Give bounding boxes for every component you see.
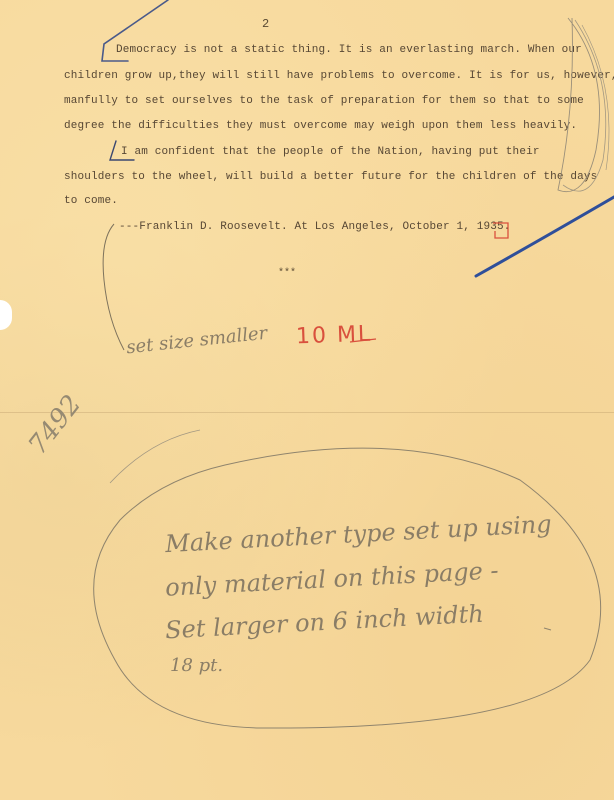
blue-paragraph-mark-icon [102,0,168,61]
editorial-marks [0,0,614,800]
circled-note-oval-icon [94,448,601,728]
paragraph-mark-icon [110,141,134,160]
margin-loop-icon [558,18,600,192]
left-bracket-curve-icon [103,224,124,350]
blue-pen-stroke-icon [476,197,614,276]
red-box-mark-icon [493,223,508,238]
